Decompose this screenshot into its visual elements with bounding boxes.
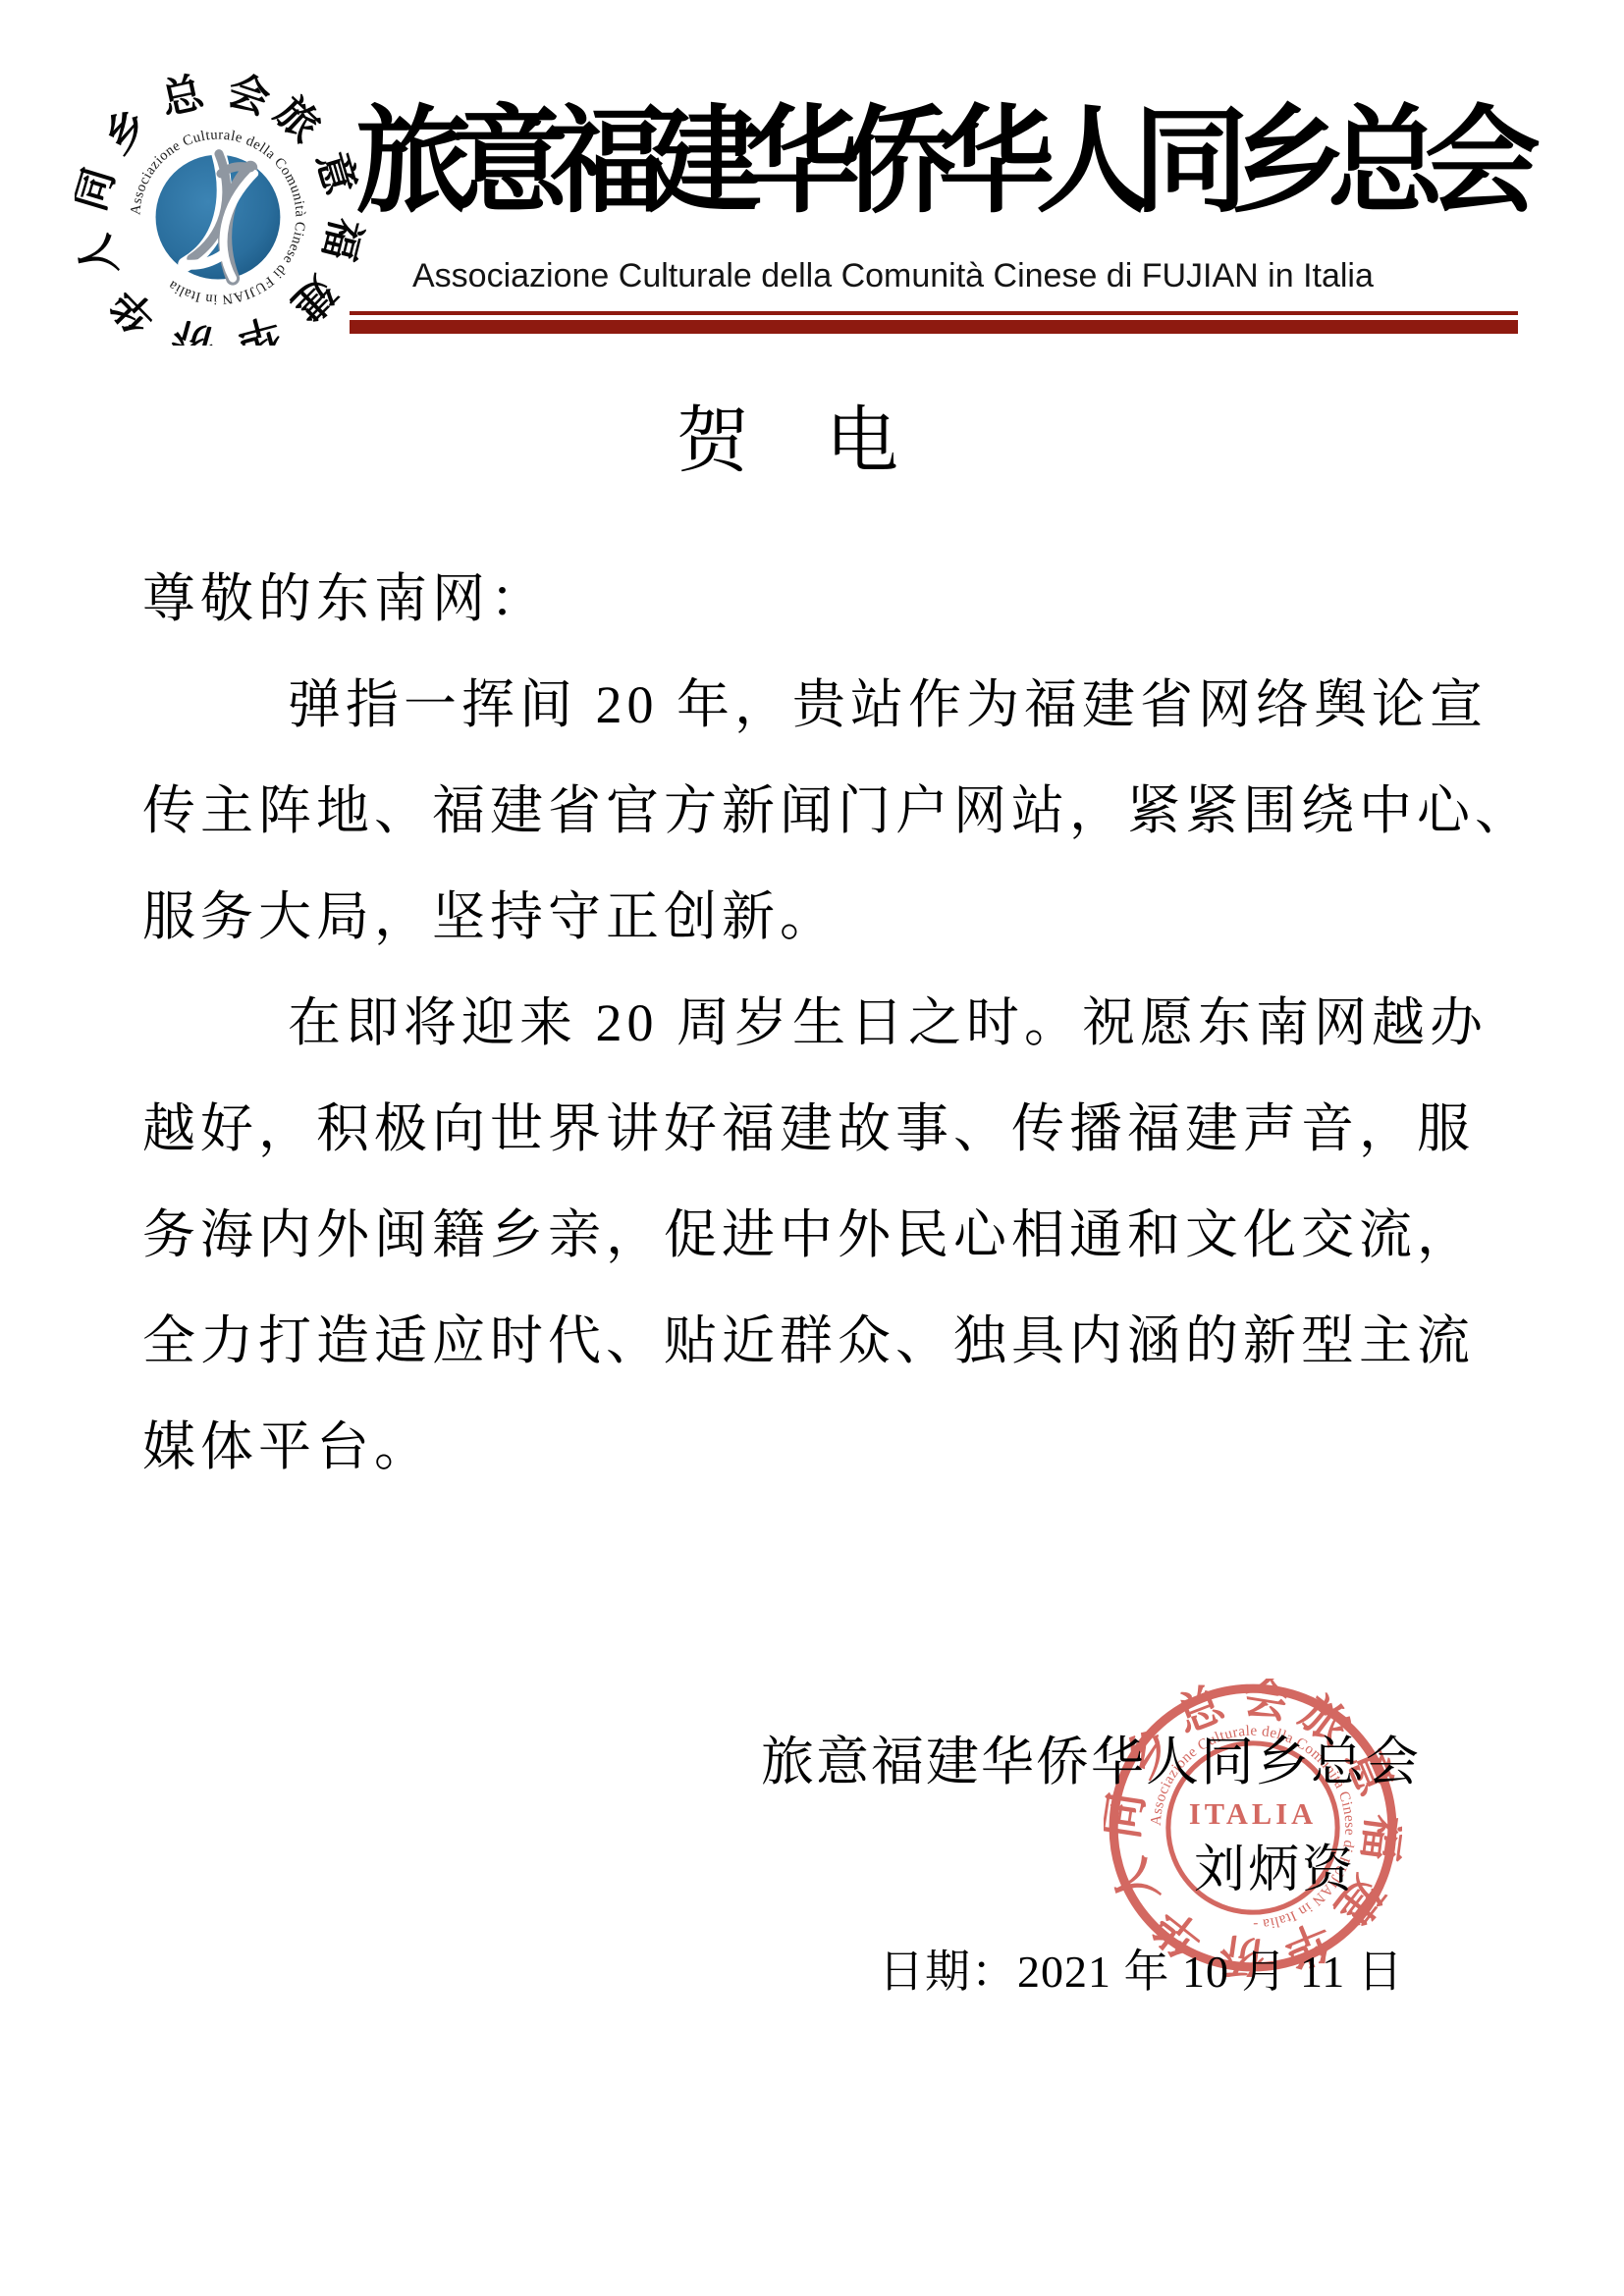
association-logo: Associazione Culturale della Comunità Ci… <box>75 49 371 346</box>
letterhead-rule <box>350 311 1518 334</box>
seal-center-label: ITALIA <box>1189 1797 1317 1831</box>
letter-document: Associazione Culturale della Comunità Ci… <box>0 0 1624 2296</box>
body-line: 在即将迎来 20 周岁生日之时。祝愿东南网越办 <box>142 970 1502 1076</box>
body-line: 越好，积极向世界讲好福建故事、传播福建声音，服 <box>142 1076 1502 1182</box>
salutation-line: 尊敬的东南网： <box>142 546 1502 652</box>
letter-title: 贺 电 <box>0 402 1577 482</box>
body-line: 媒体平台。 <box>142 1394 1502 1500</box>
body-line: 弹指一挥间 20 年，贵站作为福建省网络舆论宣 <box>142 652 1502 758</box>
letterhead-org-title: 旅意福建华侨华人同乡总会 <box>355 94 1563 228</box>
red-seal-stamp: 旅意福建华侨华人同乡总会 Associazione Culturale dell… <box>1104 1679 1402 1977</box>
body-line: 务海内外闽籍乡亲，促进中外民心相通和文化交流， <box>142 1182 1502 1288</box>
body-line: 全力打造适应时代、贴近群众、独具内涵的新型主流 <box>142 1288 1502 1394</box>
letter-body: 尊敬的东南网： 弹指一挥间 20 年，贵站作为福建省网络舆论宣 传主阵地、福建省… <box>142 546 1502 1500</box>
letterhead-subtitle: Associazione Culturale della Comunità Ci… <box>412 257 1512 295</box>
letterhead-rule-thick-bar <box>350 320 1518 334</box>
body-line: 服务大局，坚持守正创新。 <box>142 864 1502 970</box>
body-line: 传主阵地、福建省官方新闻门户网站，紧紧围绕中心、 <box>142 758 1502 864</box>
